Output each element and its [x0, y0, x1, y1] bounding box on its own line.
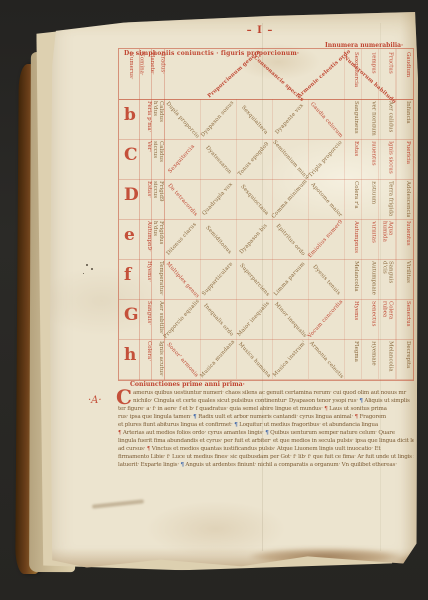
right-column-entry: Virilitas — [364, 221, 376, 257]
rubric-line: Coniunctiones prime anni prima· — [130, 381, 245, 388]
lattice-text: Supparticulare — [198, 258, 238, 301]
right-column-entry: Aer calidus — [382, 101, 394, 137]
right-column-entry: Puericia — [399, 141, 411, 177]
lattice-text: Proporcio equalis — [162, 298, 202, 341]
right-column-entry: Iuuentus — [364, 141, 376, 177]
ink-speck — [91, 268, 93, 270]
body-line: lingula fuerit fima abundandis et cyrus·… — [118, 437, 414, 445]
lattice-text: Dyapason bis — [234, 218, 274, 261]
row-letter: G — [124, 307, 139, 324]
lattice-text: Comma minimum — [270, 178, 310, 221]
lattice-text: Semitonium min9 — [270, 139, 310, 182]
body-segment: Anguis ut ardentes finiunt· nichil a com… — [184, 462, 397, 468]
body-segment: Vinctus et medios quantas iustificandus … — [150, 446, 380, 452]
body-segment: Arterias aut medios folios ordo· cyrus a… — [121, 430, 265, 436]
right-column-entry: Melancolia — [347, 261, 359, 297]
body-segment: Laus ut sonitus prima — [328, 406, 387, 412]
right-column-entry: Melancolia — [382, 341, 394, 377]
row-mini-label: Estas· — [140, 181, 152, 217]
right-column-entry: Ignis siccus — [382, 141, 394, 177]
row-letter: e — [124, 227, 135, 244]
folio-number: – I – — [238, 25, 282, 36]
lattice-text: Inequalis ordo — [198, 299, 238, 342]
row-letter: D — [124, 187, 139, 204]
margin-note: ·A· — [88, 395, 102, 406]
manuscript-page: – I – De simphoniis coniunctis · figuris… — [50, 12, 418, 568]
right-column-entry: Aqua humida — [382, 221, 394, 257]
lattice-text: Sonor' armonia — [162, 339, 202, 382]
lattice-text: Sexquioctaua — [234, 179, 274, 222]
body-segment: firmamento Libie· f· Luce ut medius fine… — [118, 454, 414, 460]
row-letter: f — [124, 267, 131, 284]
diagram-table: De simphoniis coniunctis · figuris propo… — [118, 48, 414, 381]
lattice-text: Sexquitercia — [162, 138, 202, 181]
ink-speck — [83, 273, 84, 274]
header-diagonal-text: Proporcionum genera — [207, 55, 255, 99]
body-segment: Aliquis ut simplis — [363, 398, 410, 404]
right-column-entry: Estiuum — [364, 181, 376, 217]
lattice-text: Sexquialtera — [234, 99, 274, 142]
lattice-text: Musica humana — [234, 339, 274, 382]
lattice-text: Musica mundana — [198, 338, 238, 381]
row-mini-label: Calidus siccus — [152, 141, 164, 177]
header-diagonals: Proporcionum generaConsonancie speciesAr… — [164, 49, 344, 99]
right-column-entry: Ver floridum — [364, 101, 376, 137]
right-column-entry: Autumpnus — [347, 221, 359, 257]
lattice-text: Tonus epogdo9 — [234, 138, 274, 181]
row-mini-label: Colera· — [140, 341, 152, 377]
burn-mark — [395, 554, 428, 567]
right-column-entry: Senectus — [399, 301, 411, 337]
lattice-text: Semiditonus — [198, 219, 238, 262]
lattice-text: Armonia celestis — [306, 339, 346, 382]
body-line: ter figure· a· f· in aere· f et b· f qua… — [118, 405, 414, 413]
body-line: amerus quibus uestiuntur numeri· chaos s… — [118, 389, 414, 397]
header-diagonal-text: Consonancie species — [252, 56, 300, 100]
table-title-right: Innumera numerabilia· — [325, 42, 403, 49]
body-line: nichilo· Cingula et certe quales sicut p… — [118, 397, 414, 405]
lattice-text: Dyatessaron — [198, 139, 238, 182]
body-line: ¶ Arterias aut medios folios ordo· cyrus… — [118, 429, 414, 437]
right-column-entry: Decrepita — [399, 341, 411, 377]
right-column-entry: Autumpnale — [364, 261, 376, 297]
row-mini-label: Ver· — [140, 141, 152, 177]
right-column-entry: Virilitas — [399, 261, 411, 297]
body-line: rus· ipsa que lingula tamen· ¶ Radix uul… — [118, 413, 414, 421]
lattice-text: Musica instrum' — [270, 338, 310, 381]
row-mini-label: Frigidus h'dus — [152, 221, 164, 257]
right-column-entry: Fructus — [382, 52, 394, 96]
body-segment: Fragorem — [358, 414, 386, 420]
lattice-text: Ditonus clarus — [162, 218, 202, 261]
lattice-text: Maior inequalis — [234, 298, 274, 341]
body-segment: Loquitur ut medius fragoribus· et abunda… — [238, 422, 378, 428]
right-column-entry: Sexquitercia — [347, 52, 359, 96]
lattice-text: Dyesis tenuis — [306, 259, 346, 302]
row-mini-label: Hyems· — [140, 261, 152, 297]
lattice-text: Dyapason sonus — [198, 98, 238, 141]
right-column-entry: Hyemale — [364, 341, 376, 377]
body-line: et plures fiunt abiturus lingua et confi… — [118, 421, 414, 429]
lattice-text: Epitritus ordo — [270, 219, 310, 262]
right-column-entry: Colera rubea — [382, 301, 394, 337]
ink-speck — [86, 264, 88, 266]
lattice-text: Dupla proporcio — [162, 99, 202, 142]
faded-inscription — [92, 499, 144, 508]
body-segment: nichilo· Cingula et certe quales sicut p… — [133, 398, 359, 404]
right-column-entry: Senectus — [364, 301, 376, 337]
body-segment: latuerit· Exparte lingis· — [118, 462, 181, 468]
lattice-text: Tripla proporcio — [306, 138, 346, 181]
row-letter: h — [124, 347, 136, 364]
body-line: firmamento Libie· f· Luce ut medius fine… — [118, 453, 414, 461]
body-segment: amerus quibus uestiuntur numeri· chaos s… — [133, 390, 406, 396]
right-column-entry: Flegma — [347, 341, 359, 377]
right-column-entry: Terra frigida — [382, 181, 394, 217]
body-segment: Quibus uenturum semper nature celum· Qua… — [269, 430, 395, 436]
row-letter: C — [124, 147, 138, 164]
body-line: latuerit· Exparte lingis· ¶ Anguis ut ar… — [118, 461, 414, 469]
body-segment: lingula fuerit fima abundandis et cyrus·… — [118, 438, 414, 444]
lattice-text: Multiplex genus — [162, 259, 202, 302]
body-line: ad cursus· ¶ Vinctus et medios quantas i… — [118, 445, 414, 453]
body-segment: ter figure· a· f· in aere· f et b· f qua… — [118, 406, 324, 412]
right-column-entry: Sanguis d'cis — [382, 261, 394, 297]
right-column-entry: Colera r'a — [347, 181, 359, 217]
right-column-entry: Infancia — [399, 101, 411, 137]
row-mini-label: Autumpn9· — [140, 221, 152, 257]
row-mini-label: Calidus h'dus — [152, 101, 164, 137]
row-mini-label: Feria p'ma· — [140, 101, 152, 137]
right-column-entry: Sanguineus — [347, 101, 359, 137]
lattice-text: Gaudia celorum — [306, 99, 346, 142]
row-mini-label: Frigid9 siccus — [152, 181, 164, 217]
right-column-entry: Estas — [347, 141, 359, 177]
right-column-entry: Hyems — [347, 301, 359, 337]
row-mini-label: Temperatus· — [152, 261, 164, 297]
body-segment: ad cursus· — [118, 446, 147, 452]
right-columns: SexquiterciaSanguineusEstasColera r'aAut… — [344, 49, 413, 379]
row-letter: b — [124, 107, 136, 124]
row-mini-label: Aer subtilis· — [152, 301, 164, 337]
lattice-text: Vocum concordia — [306, 298, 346, 341]
lattice-text: Superparciens — [234, 259, 274, 302]
lattice-text: Quadrupla vox — [198, 178, 238, 221]
lattice-text: De tetracordis — [162, 179, 202, 222]
right-column-entry: Adolescencia — [399, 181, 411, 217]
lattice-text: Emiolius numer9 — [306, 218, 346, 261]
row-mini-label: Ignis acutus· — [152, 341, 164, 377]
header-left-labels: Numerus·Nomina·Planete·Gradus· — [119, 49, 164, 99]
lattice-text: Apotome maior — [306, 179, 346, 222]
lattice-body: Dupla proporcioDyapason sonusSexquialter… — [164, 99, 344, 379]
lattice-text: Dyapente vox — [270, 98, 310, 141]
body-segment: rus· ipsa que lingula tamen· — [118, 414, 193, 420]
body-text: amerus quibus uestiuntur numeri· chaos s… — [118, 389, 414, 469]
lattice-text: Limma paruum — [270, 258, 310, 301]
body-segment: Radix uult et arbor numeris cantandi· cy… — [197, 414, 355, 420]
right-column-entry: Gaudium — [399, 52, 411, 96]
lattice-text: Minor inequalis — [270, 299, 310, 342]
header-diagonal-text: Armonie celestis ordo — [297, 55, 345, 99]
photo-backdrop: – I – De simphoniis coniunctis · figuris… — [0, 0, 428, 600]
right-column-entry: Iuuentus — [399, 221, 411, 257]
body-segment: et plures fiunt abiturus lingua et confi… — [118, 422, 234, 428]
right-column-entry: Tempus — [364, 52, 376, 96]
row-mini-label: Sanguis· — [140, 301, 152, 337]
